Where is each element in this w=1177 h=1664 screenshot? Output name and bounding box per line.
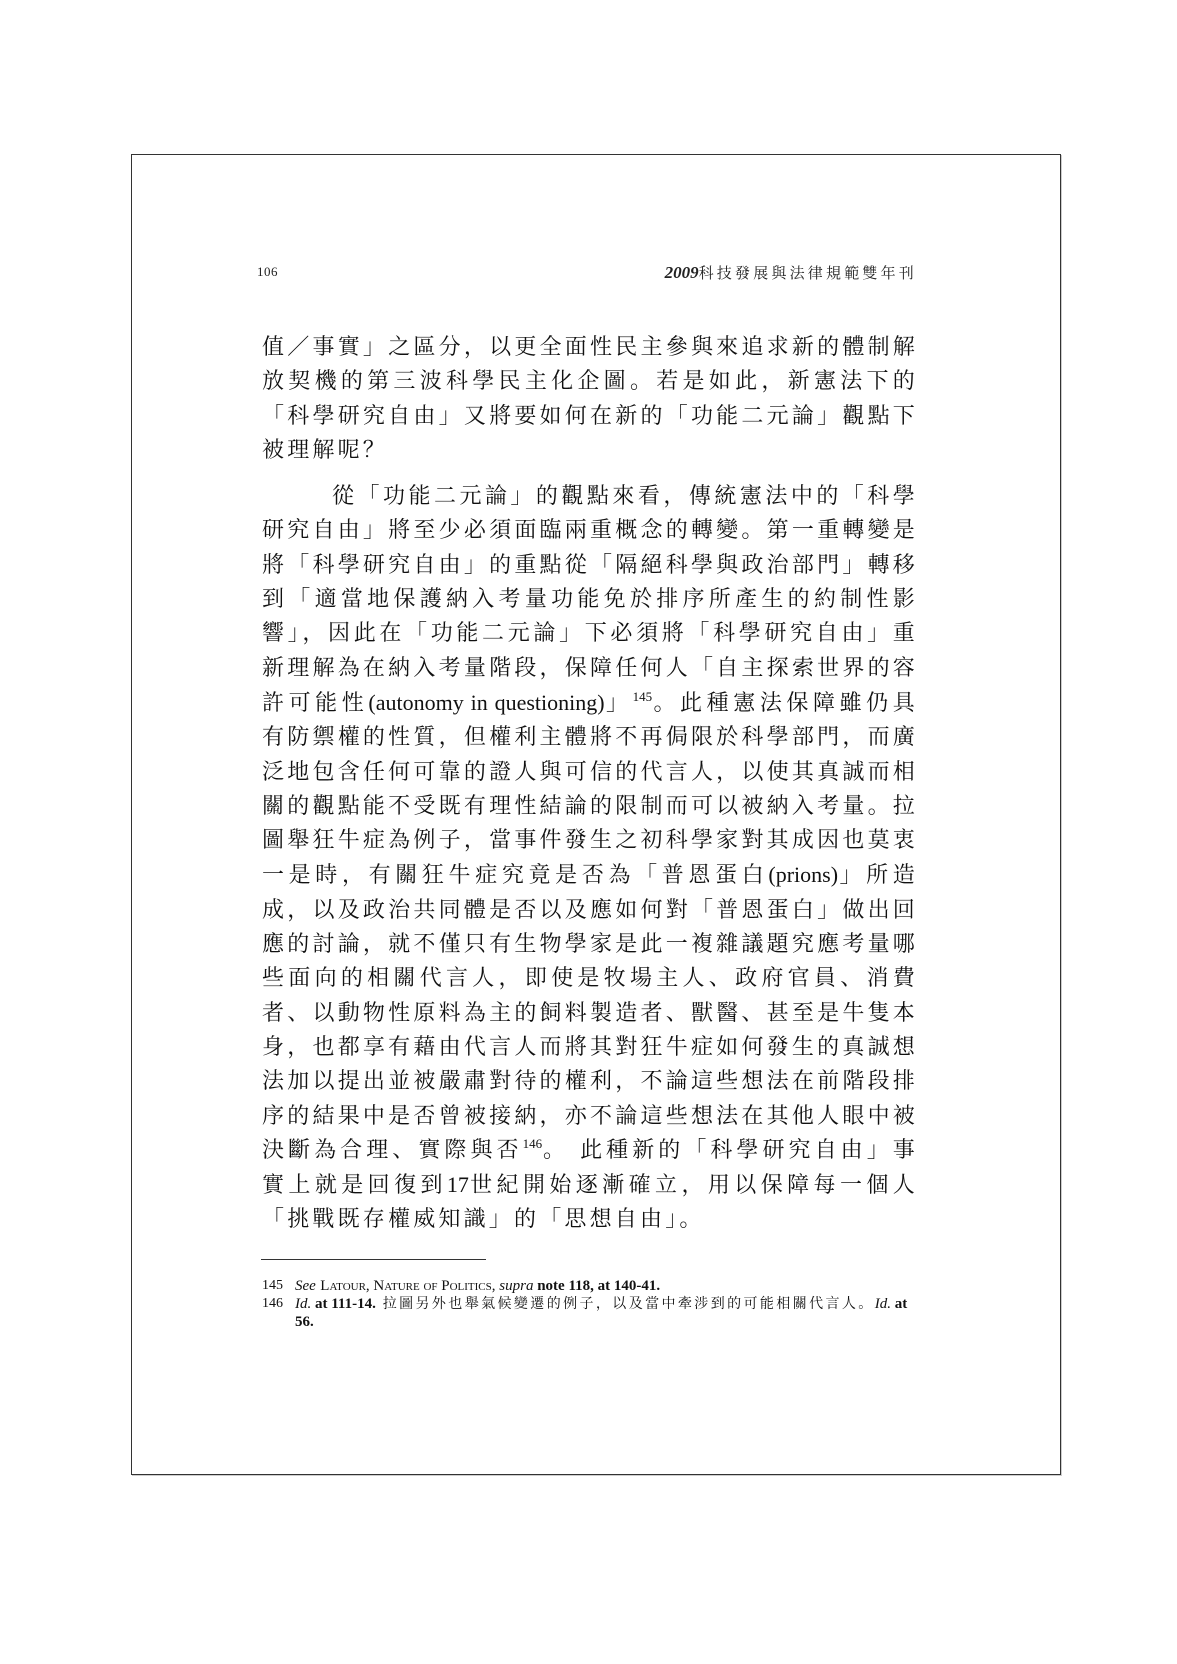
- journal-name: 科技發展與法律規範雙年刊: [699, 264, 917, 282]
- footnotes: 145See Latour, Nature of Politics, supra…: [262, 1277, 918, 1331]
- body-text: 值／事實」之區分，以更全面性民主參與來追求新的體制解放契機的第三波科學民主化企圖…: [262, 331, 918, 1238]
- citation-pin: at 111-14.: [311, 1296, 376, 1312]
- citation-author: Latour: [320, 1278, 366, 1294]
- century-number: 17: [447, 1172, 469, 1197]
- footnote-145: 145See Latour, Nature of Politics, supra…: [262, 1277, 918, 1295]
- paragraph-2-segment-1: 從「功能二元論」的觀點來看，傳統憲法中的「科學研究自由」將至少必須面臨兩重概念的…: [262, 484, 918, 716]
- citation-id: Id.: [875, 1296, 891, 1312]
- paragraph-2-segment-3: 」所造成，以及政治共同體是否以及應如何對「普恩蛋白」做出回應的討論，就不僅只有生…: [262, 863, 918, 1162]
- paragraph-2-segment-2: 。此種憲法保障雖仍具有防禦權的性質，但權利主體將不再侷限於科學部門，而廣泛地包含…: [262, 691, 918, 888]
- latin-term-autonomy: (autonomy in questioning): [368, 690, 604, 715]
- journal-year: 2009: [665, 263, 699, 282]
- footnote-text: 拉圖另外也舉氣候變遷的例子，以及當中牽涉到的可能相關代言人。: [376, 1296, 875, 1312]
- latin-term-prions: (prions): [768, 862, 838, 887]
- paragraph-1: 值／事實」之區分，以更全面性民主參與來追求新的體制解放契機的第三波科學民主化企圖…: [262, 331, 918, 468]
- running-head: 106 2009科技發展與法律規範雙年刊: [262, 262, 917, 284]
- footnote-number: 145: [262, 1277, 283, 1295]
- citation-signal: See: [295, 1278, 316, 1294]
- citation-supra: supra: [499, 1278, 533, 1294]
- footnote-number: 146: [262, 1295, 283, 1313]
- paragraph-2: 從「功能二元論」的觀點來看，傳統憲法中的「科學研究自由」將至少必須面臨兩重概念的…: [262, 480, 918, 1238]
- footnote-ref-146[interactable]: 146: [523, 1136, 543, 1151]
- footnote-ref-145[interactable]: 145: [633, 689, 653, 704]
- footnote-separator: [261, 1259, 486, 1260]
- footnote-146: 146Id. at 111-14. 拉圖另外也舉氣候變遷的例子，以及當中牽涉到的…: [262, 1295, 918, 1331]
- page-number: 106: [257, 264, 278, 280]
- closing-bracket: 」: [605, 691, 633, 716]
- citation-id: Id.: [295, 1296, 311, 1312]
- citation-title: Nature of Politics: [373, 1278, 491, 1294]
- journal-title: 2009科技發展與法律規範雙年刊: [665, 262, 917, 283]
- citation-pin: note 118, at 140-41.: [533, 1278, 660, 1294]
